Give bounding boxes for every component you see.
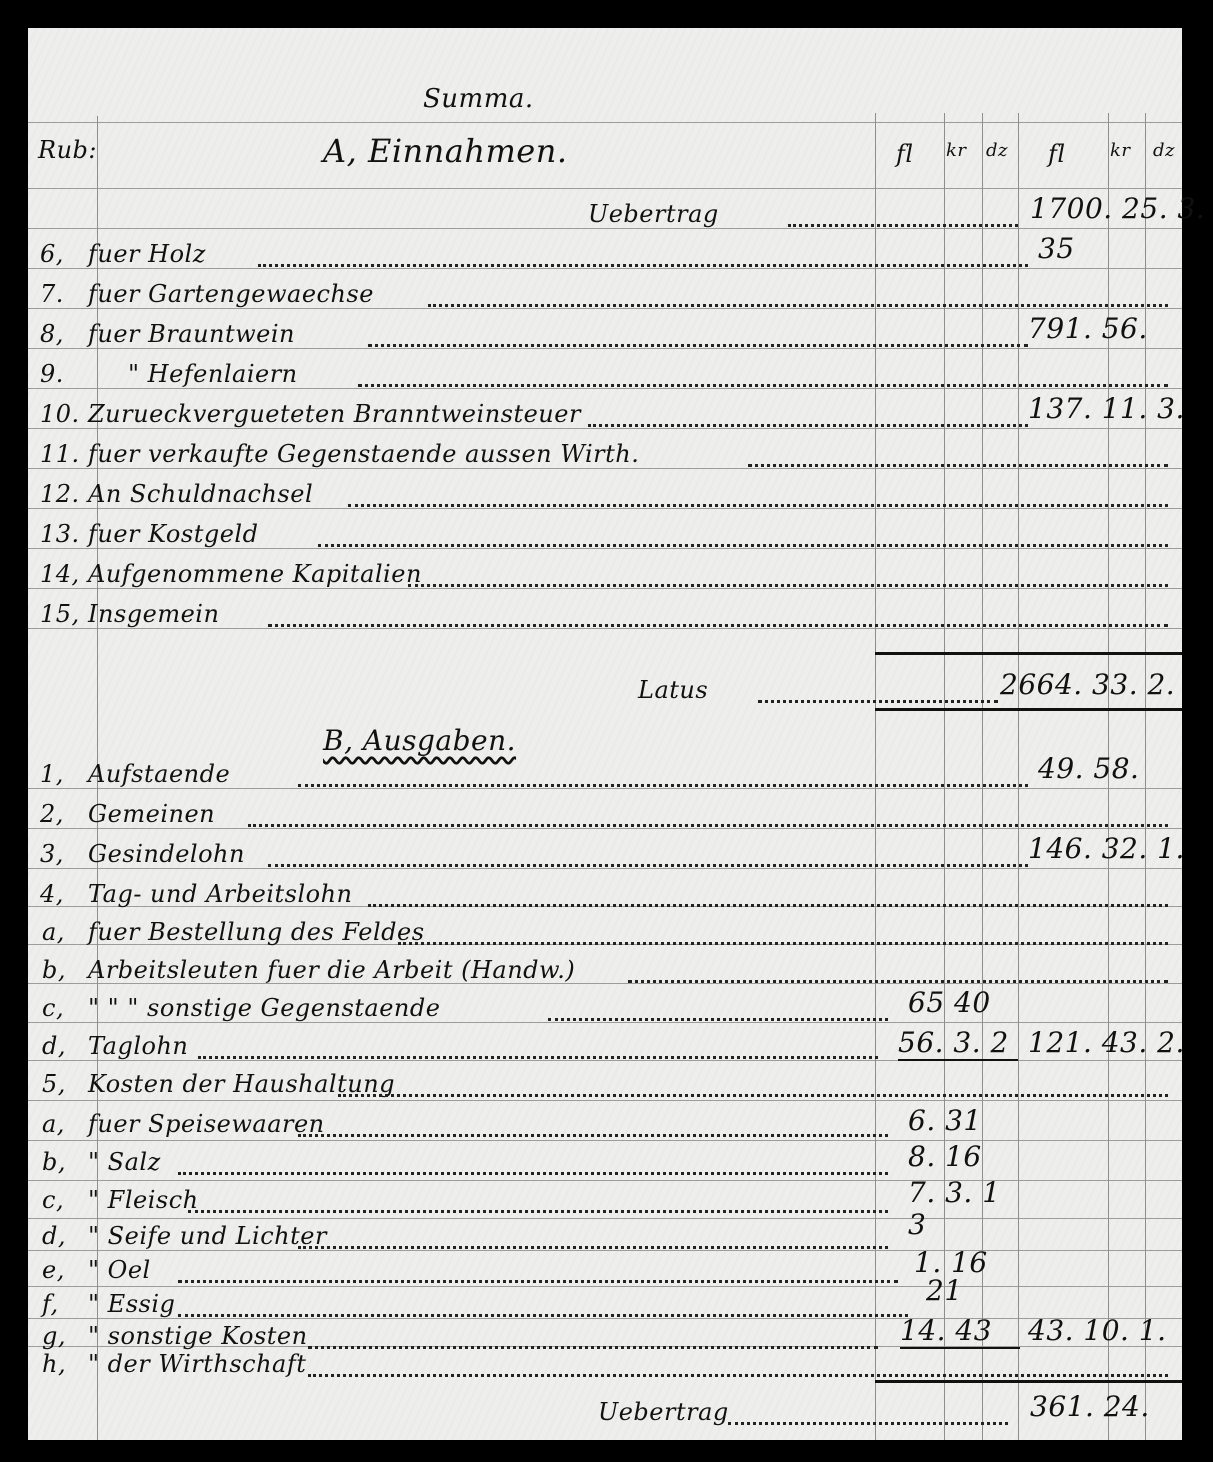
sub-amount: 3: [908, 1208, 926, 1241]
section-a-total-label: Latus: [638, 676, 708, 704]
rub-number: b,: [42, 1148, 66, 1176]
leader-dots: [398, 932, 1168, 945]
rub-number: 1,: [40, 760, 64, 788]
rule: [28, 268, 1182, 269]
leader-dots: [338, 1084, 1168, 1097]
rub-number: 9.: [40, 360, 64, 388]
col-header-kr-left: kr: [946, 140, 967, 161]
rule: [28, 1100, 1182, 1101]
rule: [28, 508, 1182, 509]
total-rule: [875, 1380, 1182, 1383]
ledger-page: Summa. Rub: A, Einnahmen. fl kr dz fl kr…: [28, 28, 1182, 1440]
item-label: Gesindelohn: [88, 840, 245, 868]
item-label: Insgemein: [88, 600, 219, 628]
leader-dots: [788, 214, 1018, 227]
leader-dots: [178, 1304, 908, 1317]
leader-dots: [588, 414, 1028, 427]
item-label: " Seife und Lichter: [88, 1222, 327, 1250]
item-label: " " " sonstige Gegenstaende: [88, 994, 440, 1022]
sub-amount: 21: [926, 1274, 963, 1307]
rule: [28, 1250, 1182, 1251]
item-amount: 43. 10. 1.: [1028, 1314, 1167, 1347]
item-label: Aufgenommene Kapitalien: [88, 560, 422, 588]
item-amount: 121. 43. 2.: [1028, 1026, 1185, 1059]
sub-amount: 8. 16: [908, 1140, 982, 1173]
rub-number: c,: [42, 1186, 64, 1214]
section-a-heading: A, Einnahmen.: [323, 132, 568, 170]
total-rule-top: [875, 652, 1182, 655]
item-label: " Salz: [88, 1148, 161, 1176]
rule: [28, 788, 1182, 789]
item-label: Zurueckvergueteten Branntweinsteuer: [88, 400, 581, 428]
leader-dots: [298, 774, 1028, 787]
rule: [28, 1180, 1182, 1181]
document-title: Summa.: [423, 84, 534, 114]
item-label: Taglohn: [88, 1032, 188, 1060]
section-b-total-value: 361. 24.: [1030, 1390, 1150, 1423]
leader-dots: [178, 1270, 898, 1283]
item-label: " Fleisch: [88, 1186, 199, 1214]
rub-number: f,: [42, 1290, 59, 1318]
leader-dots: [188, 1200, 888, 1213]
rub-number: 3,: [40, 840, 64, 868]
item-amount: 49. 58.: [1038, 752, 1139, 785]
item-label: fuer Bestellung des Feldes: [88, 918, 425, 946]
item-label: " Essig: [88, 1290, 175, 1318]
rule: [28, 468, 1182, 469]
leader-dots: [308, 1336, 878, 1349]
col-header-dz-left: dz: [986, 140, 1008, 161]
rub-number: 7.: [40, 280, 64, 308]
rub-label: Rub:: [38, 136, 97, 164]
leader-dots: [358, 374, 1168, 387]
leader-dots: [408, 574, 1168, 587]
rule-top-header: [28, 122, 1182, 123]
leader-dots: [178, 1162, 888, 1175]
leader-dots: [728, 1412, 1008, 1425]
rule: [28, 828, 1182, 829]
rub-number: 10.: [40, 400, 80, 428]
col-header-kr-right: kr: [1110, 140, 1131, 161]
rub-number: c,: [42, 994, 64, 1022]
rub-number: 6,: [40, 240, 64, 268]
leader-dots: [298, 1236, 888, 1249]
rub-number: d,: [42, 1222, 66, 1250]
item-amount: 791. 56.: [1028, 312, 1148, 345]
rub-number: h,: [42, 1350, 66, 1378]
col-header-fl-right: fl: [1048, 140, 1066, 168]
col-header-dz-right: dz: [1153, 140, 1175, 161]
item-label: Aufstaende: [88, 760, 230, 788]
item-label: Gemeinen: [88, 800, 215, 828]
carry-over-label: Uebertrag: [588, 200, 719, 228]
item-label: " Hefenlaiern: [128, 360, 298, 388]
item-label: fuer Speisewaaren: [88, 1110, 325, 1138]
rule: [28, 548, 1182, 549]
rub-number: d,: [42, 1032, 66, 1060]
rub-number: e,: [42, 1256, 65, 1284]
rub-number: 2,: [40, 800, 64, 828]
sub-amount: 14. 43: [900, 1314, 1020, 1349]
rule: [28, 1022, 1182, 1023]
leader-dots: [258, 254, 1028, 267]
item-label: fuer Holz: [88, 240, 206, 268]
leader-dots: [268, 614, 1168, 627]
item-label: An Schuldnachsel: [88, 480, 313, 508]
rule: [28, 308, 1182, 309]
item-label: fuer Gartengewaechse: [88, 280, 374, 308]
rule-header-bottom: [28, 188, 1182, 189]
section-b-total-label: Uebertrag: [598, 1398, 729, 1426]
leader-dots: [198, 1046, 878, 1059]
leader-dots: [548, 1008, 888, 1021]
rule: [28, 868, 1182, 869]
carry-over-value: 1700. 25. 3.: [1030, 192, 1205, 225]
item-amount: 35: [1038, 232, 1075, 265]
leader-dots: [308, 1364, 1168, 1377]
total-rule-bottom: [875, 708, 1182, 711]
rule: [28, 228, 1182, 229]
rule: [28, 1286, 1182, 1287]
leader-dots: [368, 334, 1028, 347]
item-label: fuer Kostgeld: [88, 520, 258, 548]
rub-number: 14,: [40, 560, 80, 588]
rule: [28, 588, 1182, 589]
rub-number: a,: [42, 918, 65, 946]
sub-amount: 6. 31: [908, 1104, 982, 1137]
item-label: Tag- und Arbeitslohn: [88, 880, 353, 908]
leader-dots: [318, 534, 1168, 547]
leader-dots: [428, 294, 1168, 307]
leader-dots: [758, 690, 998, 703]
rub-number: 15,: [40, 600, 80, 628]
rule: [28, 628, 1182, 629]
item-label: fuer verkaufte Gegenstaende aussen Wirth…: [88, 440, 639, 468]
item-label: " Oel: [88, 1256, 151, 1284]
section-b-heading: B, Ausgaben.: [323, 724, 516, 757]
rub-number: 4,: [40, 880, 64, 908]
rule: [28, 1218, 1182, 1219]
leader-dots: [268, 854, 1028, 867]
leader-dots: [298, 1124, 888, 1137]
rub-number: 13.: [40, 520, 80, 548]
sub-amount: 65 40: [908, 986, 991, 1019]
rub-number: b,: [42, 956, 66, 984]
rub-number: a,: [42, 1110, 65, 1138]
item-amount: 146. 32. 1.: [1028, 832, 1185, 865]
sub-amount: 56. 3. 2: [898, 1026, 1018, 1061]
rule: [28, 428, 1182, 429]
rub-number: 11.: [40, 440, 80, 468]
item-label: fuer Brauntwein: [88, 320, 295, 348]
rub-number: 8,: [40, 320, 64, 348]
leader-dots: [748, 454, 1168, 467]
section-a-total-value: 2664. 33. 2.: [1000, 668, 1175, 701]
item-label: " der Wirthschaft: [88, 1350, 306, 1378]
leader-dots: [368, 894, 1168, 907]
col-header-fl-left: fl: [896, 140, 914, 168]
leader-dots: [348, 494, 1168, 507]
item-label: " sonstige Kosten: [88, 1322, 308, 1350]
leader-dots: [628, 970, 1168, 983]
item-label: Arbeitsleuten fuer die Arbeit (Handw.): [88, 956, 575, 984]
rub-number: g,: [42, 1322, 66, 1350]
rule: [28, 388, 1182, 389]
leader-dots: [248, 814, 1168, 827]
rub-number: 5,: [42, 1070, 66, 1098]
rule: [28, 1140, 1182, 1141]
sub-amount: 7. 3. 1: [908, 1176, 1001, 1209]
rub-number: 12.: [40, 480, 80, 508]
rule: [28, 348, 1182, 349]
item-amount: 137. 11. 3.: [1028, 392, 1185, 425]
